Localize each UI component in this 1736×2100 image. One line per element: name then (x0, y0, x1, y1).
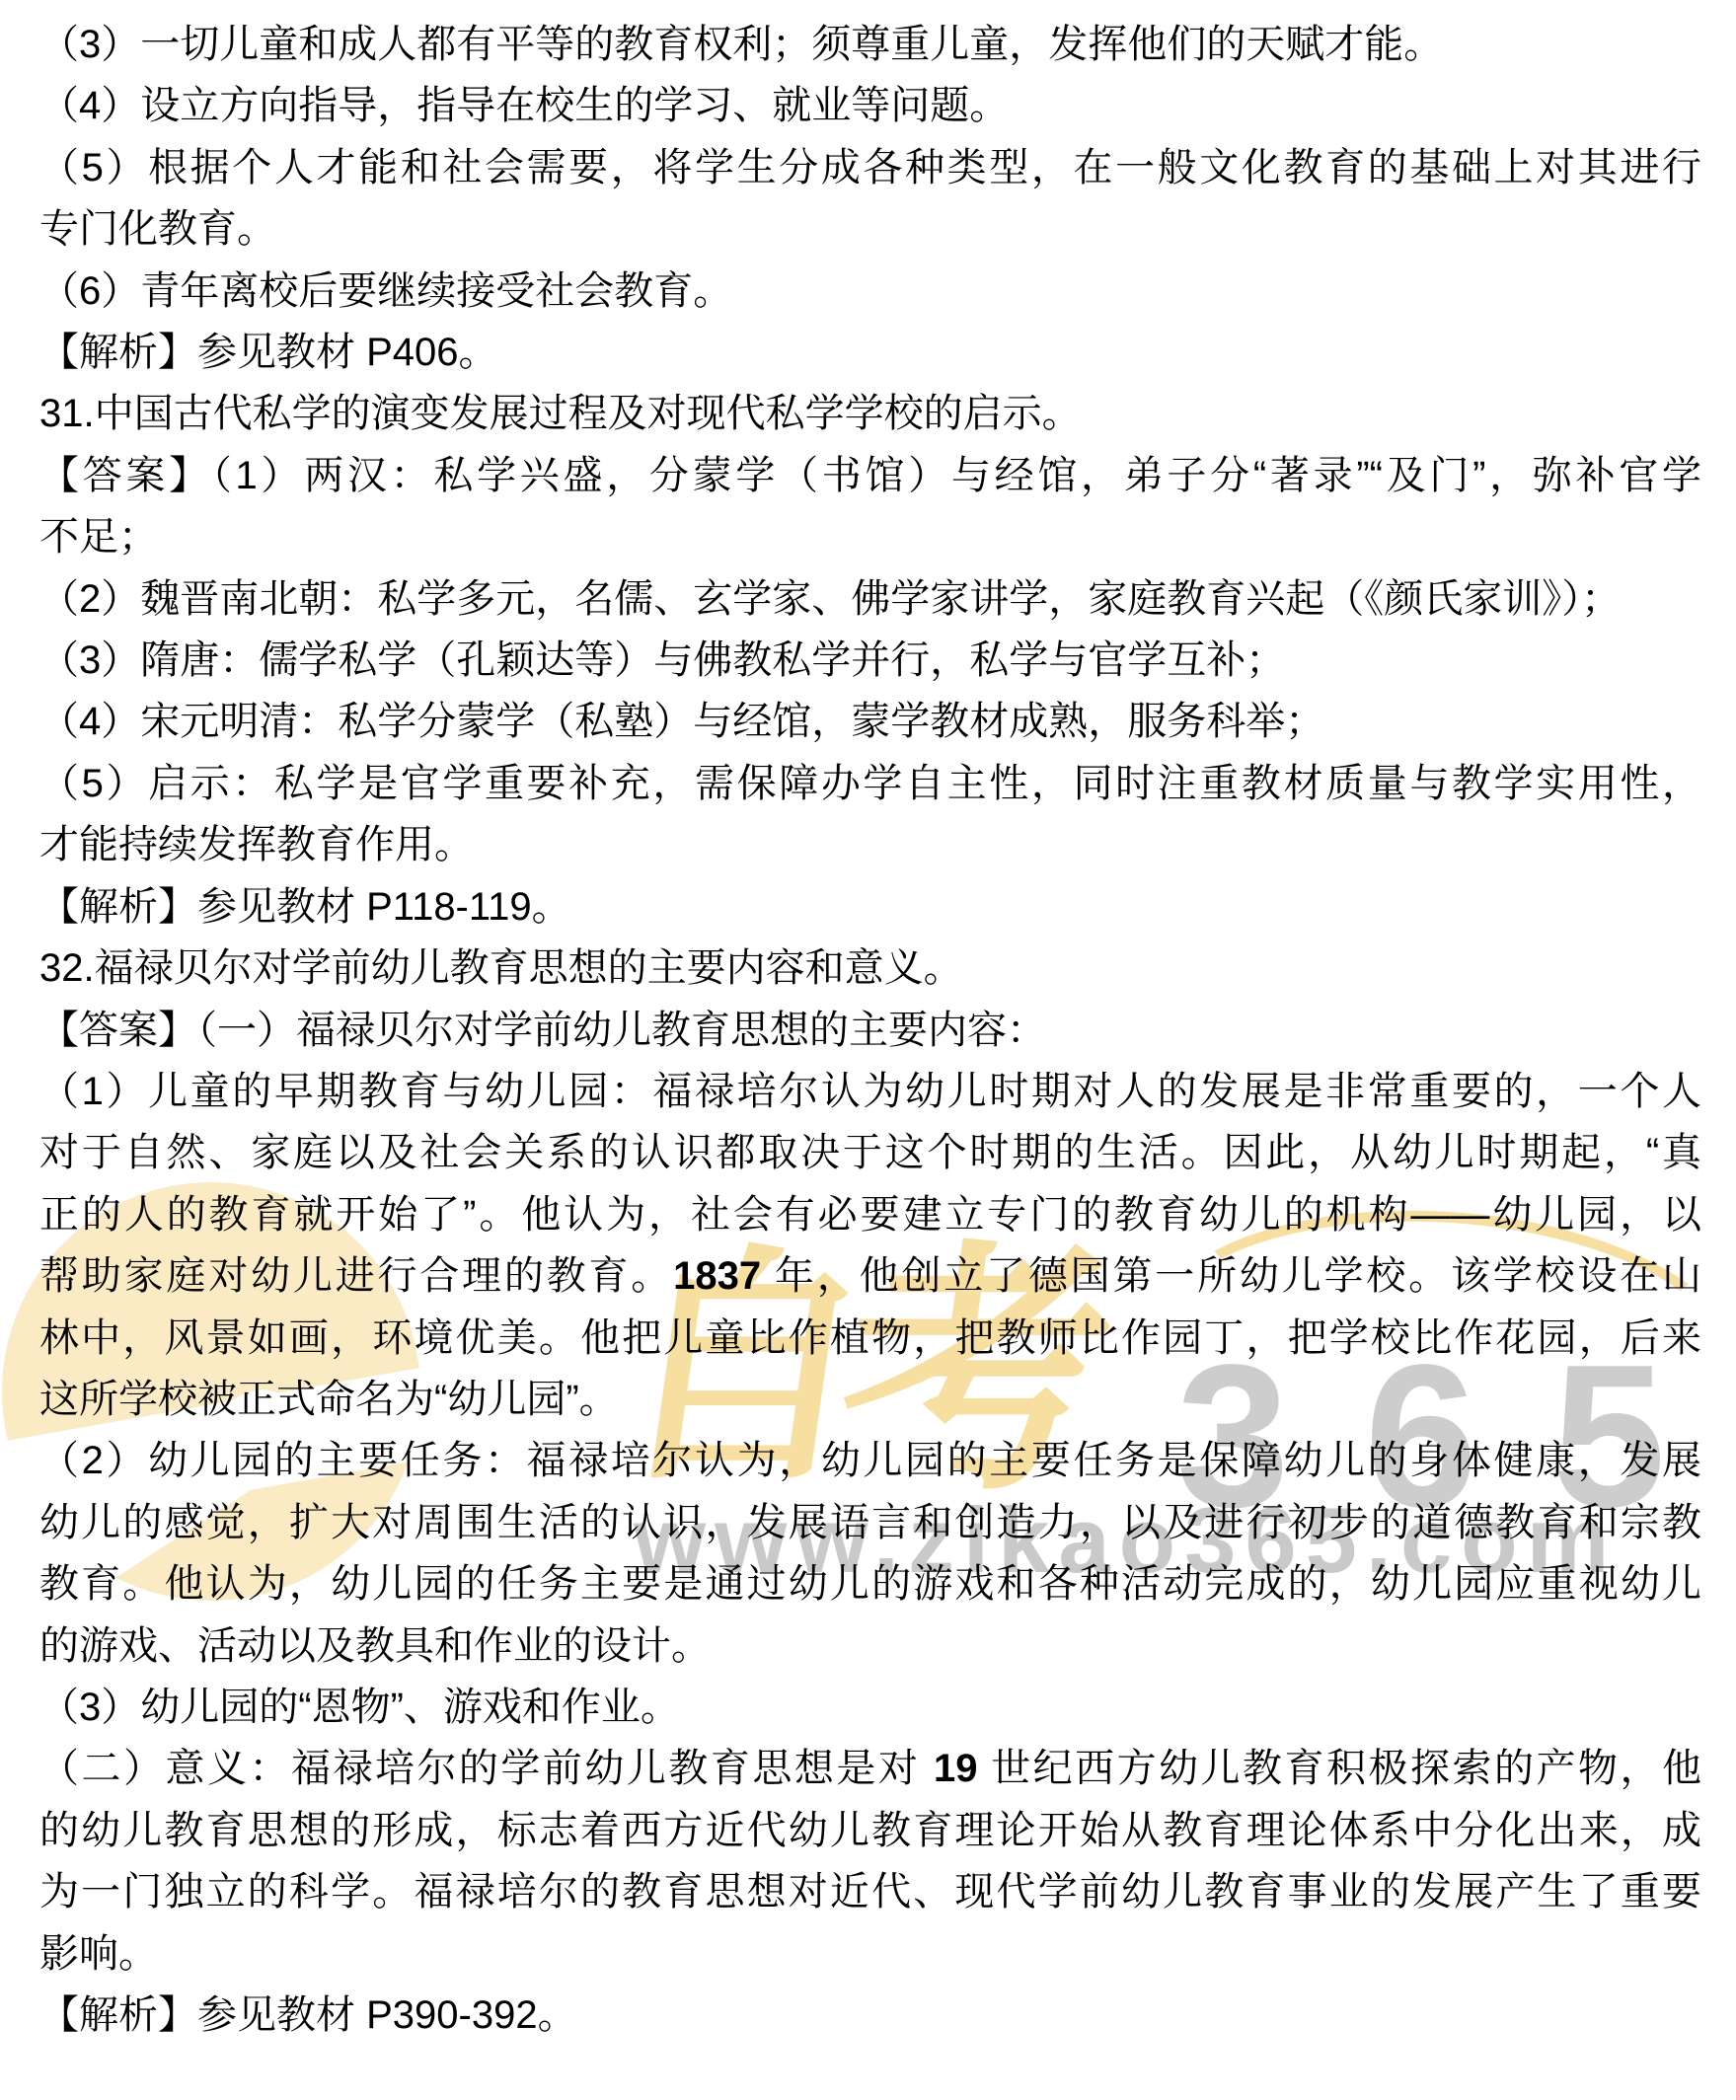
text-segment: （4）宋元明清：私学分蒙学（私塾）与经馆，蒙学教材成熟，服务科举； (39, 700, 1324, 743)
text-segment: 帮助家庭对幼儿进行合理的教育。 (39, 1254, 673, 1298)
text-line: 幼儿的感觉，扩大对周围生活的认识，发展语言和创造力，以及进行初步的道德教育和宗教 (39, 1492, 1701, 1553)
text-segment: 林中，风景如画，环境优美。他把儿童比作植物，把教师比作园丁，把学校比作花园，后来 (39, 1316, 1701, 1360)
text-segment: （3）一切儿童和成人都有平等的教育权利；须尊重儿童，发挥他们的天赋才能。 (39, 23, 1443, 66)
text-line: 影响。 (39, 1923, 1701, 1985)
text-segment: （二）意义：福禄培尔的学前幼儿教育思想是对 (39, 1747, 934, 1790)
text-segment: 【解析】参见教材 P406。 (39, 331, 498, 374)
text-segment: （2）魏晋南北朝：私学多元，名儒、玄学家、佛学家讲学，家庭教育兴起（《颜氏家训》… (39, 577, 1621, 621)
text-segment: （3）幼儿园的“恩物”、游戏和作业。 (39, 1686, 680, 1729)
document-body: （3）一切儿童和成人都有平等的教育权利；须尊重儿童，发挥他们的天赋才能。（4）设… (0, 0, 1736, 2046)
text-line: 不足； (39, 506, 1701, 567)
text-line: 正的人的教育就开始了”。他认为，社会有必要建立专门的教育幼儿的机构——幼儿园，以 (39, 1184, 1701, 1245)
text-line: 帮助家庭对幼儿进行合理的教育。1837 年，他创立了德国第一所幼儿学校。该学校设… (39, 1245, 1701, 1307)
text-segment: 年，他创立了德国第一所幼儿学校。该学校设在山 (761, 1254, 1701, 1298)
text-segment: 幼儿的感觉，扩大对周围生活的认识，发展语言和创造力，以及进行初步的道德教育和宗教 (39, 1501, 1701, 1544)
text-line: 32.福禄贝尔对学前幼儿教育思想的主要内容和意义。 (39, 937, 1701, 999)
text-segment: （5）启示：私学是官学重要补充，需保障办学自主性，同时注重教材质量与教学实用性， (39, 762, 1701, 805)
document-page: { "page": { "background": "#FFFFFF", "te… (0, 0, 1736, 2100)
text-line: 这所学校被正式命名为“幼儿园”。 (39, 1369, 1701, 1430)
text-line: 对于自然、家庭以及社会关系的认识都取决于这个时期的生活。因此，从幼儿时期起，“真 (39, 1122, 1701, 1183)
text-segment: 为一门独立的科学。福禄培尔的教育思想对近代、现代学前幼儿教育事业的发展产生了重要 (39, 1870, 1701, 1913)
text-segment: 影响。 (39, 1932, 158, 1976)
text-segment: 不足； (39, 515, 158, 559)
text-segment: 世纪西方幼儿教育积极探索的产物，他 (977, 1747, 1701, 1790)
text-segment: 【解析】参见教材 P118-119。 (39, 885, 571, 929)
text-line: （4）设立方向指导，指导在校生的学习、就业等问题。 (39, 75, 1701, 136)
text-line: 31.中国古代私学的演变发展过程及对现代私学学校的启示。 (39, 383, 1701, 444)
text-segment: 才能持续发挥教育作用。 (39, 823, 474, 866)
text-segment: 的幼儿教育思想的形成，标志着西方近代幼儿教育理论开始从教育理论体系中分化出来，成 (39, 1809, 1701, 1852)
text-segment: 的游戏、活动以及教具和作业的设计。 (39, 1624, 711, 1668)
bold-text-segment: 1837 (673, 1254, 761, 1298)
text-segment: 【解析】参见教材 P390-392。 (39, 1993, 577, 2037)
text-segment: （6）青年离校后要继续接受社会教育。 (39, 269, 732, 313)
bold-text-segment: 19 (934, 1747, 978, 1790)
text-line: 【解析】参见教材 P406。 (39, 322, 1701, 383)
text-line: （二）意义：福禄培尔的学前幼儿教育思想是对 19 世纪西方幼儿教育积极探索的产物… (39, 1738, 1701, 1799)
text-line: （1）儿童的早期教育与幼儿园：福禄培尔认为幼儿时期对人的发展是非常重要的，一个人 (39, 1061, 1701, 1122)
text-segment: 正的人的教育就开始了”。他认为，社会有必要建立专门的教育幼儿的机构——幼儿园，以 (39, 1193, 1701, 1237)
text-line: （5）启示：私学是官学重要补充，需保障办学自主性，同时注重教材质量与教学实用性， (39, 753, 1701, 814)
text-line: （6）青年离校后要继续接受社会教育。 (39, 261, 1701, 322)
text-line: 教育。他认为，幼儿园的任务主要是通过幼儿的游戏和各种活动完成的，幼儿园应重视幼儿 (39, 1553, 1701, 1614)
text-line: 【答案】（1）两汉：私学兴盛，分蒙学（书馆）与经馆，弟子分“著录”“及门”，弥补… (39, 445, 1701, 506)
text-segment: （2）幼儿园的主要任务：福禄培尔认为，幼儿园的主要任务是保障幼儿的身体健康，发展 (39, 1439, 1701, 1482)
text-segment: 专门化教育。 (39, 207, 276, 251)
text-segment: （3）隋唐：儒学私学（孔颖达等）与佛教私学并行，私学与官学互补； (39, 638, 1285, 682)
text-line: 【解析】参见教材 P390-392。 (39, 1985, 1701, 2046)
text-segment: 这所学校被正式命名为“幼儿园”。 (39, 1378, 619, 1421)
text-line: （5）根据个人才能和社会需要，将学生分成各种类型，在一般文化教育的基础上对其进行 (39, 137, 1701, 198)
text-segment: 【答案】（1）两汉：私学兴盛，分蒙学（书馆）与经馆，弟子分“著录”“及门”，弥补… (39, 454, 1701, 497)
text-line: 为一门独立的科学。福禄培尔的教育思想对近代、现代学前幼儿教育事业的发展产生了重要 (39, 1861, 1701, 1922)
text-line: 的幼儿教育思想的形成，标志着西方近代幼儿教育理论开始从教育理论体系中分化出来，成 (39, 1800, 1701, 1861)
text-segment: （5）根据个人才能和社会需要，将学生分成各种类型，在一般文化教育的基础上对其进行 (39, 146, 1701, 189)
text-segment: 【答案】（一）福禄贝尔对学前幼儿教育思想的主要内容： (39, 1009, 1046, 1052)
text-line: 林中，风景如画，环境优美。他把儿童比作植物，把教师比作园丁，把学校比作花园，后来 (39, 1308, 1701, 1369)
text-line: 专门化教育。 (39, 198, 1701, 260)
text-segment: （1）儿童的早期教育与幼儿园：福禄培尔认为幼儿时期对人的发展是非常重要的，一个人 (39, 1070, 1701, 1113)
text-line: 才能持续发挥教育作用。 (39, 814, 1701, 875)
text-line: 【解析】参见教材 P118-119。 (39, 876, 1701, 937)
text-line: （4）宋元明清：私学分蒙学（私塾）与经馆，蒙学教材成熟，服务科举； (39, 691, 1701, 752)
text-segment: （4）设立方向指导，指导在校生的学习、就业等问题。 (39, 84, 1009, 127)
text-line: （3）一切儿童和成人都有平等的教育权利；须尊重儿童，发挥他们的天赋才能。 (39, 14, 1701, 75)
text-line: （3）隋唐：儒学私学（孔颖达等）与佛教私学并行，私学与官学互补； (39, 630, 1701, 691)
text-line: （2）幼儿园的主要任务：福禄培尔认为，幼儿园的主要任务是保障幼儿的身体健康，发展 (39, 1430, 1701, 1491)
text-segment: 32.福禄贝尔对学前幼儿教育思想的主要内容和意义。 (39, 946, 963, 990)
text-line: 的游戏、活动以及教具和作业的设计。 (39, 1615, 1701, 1677)
text-line: （2）魏晋南北朝：私学多元，名儒、玄学家、佛学家讲学，家庭教育兴起（《颜氏家训》… (39, 568, 1701, 630)
text-segment: 对于自然、家庭以及社会关系的认识都取决于这个时期的生活。因此，从幼儿时期起，“真 (39, 1131, 1701, 1174)
text-line: （3）幼儿园的“恩物”、游戏和作业。 (39, 1677, 1701, 1738)
text-segment: 教育。他认为，幼儿园的任务主要是通过幼儿的游戏和各种活动完成的，幼儿园应重视幼儿 (39, 1562, 1701, 1606)
text-line: 【答案】（一）福禄贝尔对学前幼儿教育思想的主要内容： (39, 1000, 1701, 1061)
text-segment: 31.中国古代私学的演变发展过程及对现代私学学校的启示。 (39, 392, 1082, 435)
